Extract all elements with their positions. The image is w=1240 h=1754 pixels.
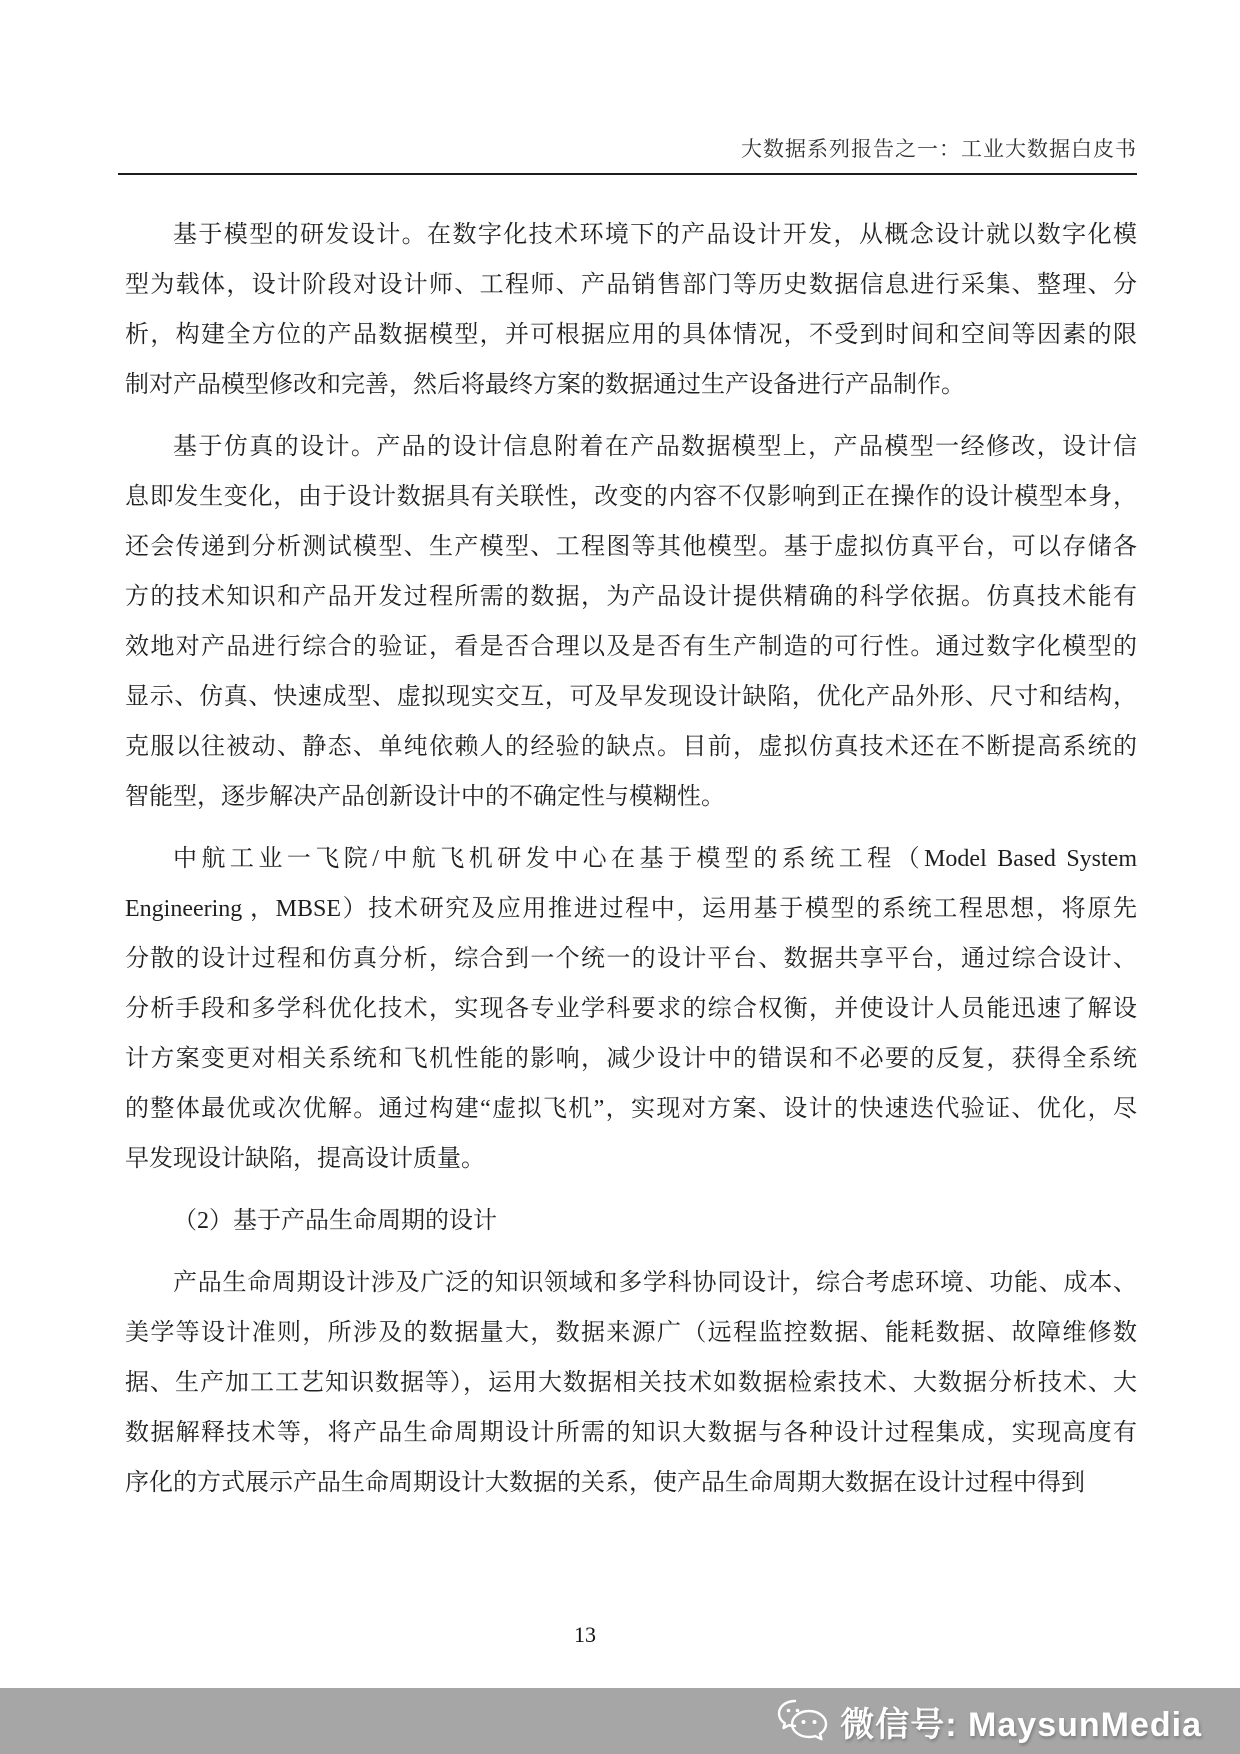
text-line: 显示、仿真、快速成型、虚拟现实交互，可及早发现设计缺陷，优化产品外形、尺寸和结构… bbox=[125, 672, 1137, 722]
text-line: 息即发生变化，由于设计数据具有关联性，改变的内容不仅影响到正在操作的设计模型本身… bbox=[125, 472, 1137, 522]
text-line: 基于仿真的设计。产品的设计信息附着在产品数据模型上，产品模型一经修改，设计信 bbox=[125, 422, 1137, 472]
page-header: 大数据系列报告之一：工业大数据白皮书 bbox=[118, 134, 1137, 175]
footer-bar: 微信号: MaysunMedia bbox=[0, 1688, 1240, 1754]
paragraph: 基于模型的研发设计。在数字化技术环境下的产品设计开发，从概念设计就以数字化模型为… bbox=[125, 210, 1137, 410]
text-line: 的整体最优或次优解。通过构建“虚拟飞机”，实现对方案、设计的快速迭代验证、优化，… bbox=[125, 1084, 1137, 1134]
text-line: 型为载体，设计阶段对设计师、工程师、产品销售部门等历史数据信息进行采集、整理、分 bbox=[125, 260, 1137, 310]
text-line: 智能型，逐步解决产品创新设计中的不确定性与模糊性。 bbox=[125, 772, 1137, 822]
text-line: Engineering ，MBSE）技术研究及应用推进过程中，运用基于模型的系统… bbox=[125, 884, 1137, 934]
text-line: 还会传递到分析测试模型、生产模型、工程图等其他模型。基于虚拟仿真平台，可以存储各 bbox=[125, 522, 1137, 572]
text-line: 制对产品模型修改和完善，然后将最终方案的数据通过生产设备进行产品制作。 bbox=[125, 360, 1137, 410]
text-line: （2）基于产品生命周期的设计 bbox=[125, 1196, 1137, 1246]
paragraph: 中航工业一飞院/中航飞机研发中心在基于模型的系统工程（Model Based S… bbox=[125, 834, 1137, 1184]
paragraph: 产品生命周期设计涉及广泛的知识领域和多学科协同设计，综合考虑环境、功能、成本、美… bbox=[125, 1258, 1137, 1508]
wechat-icon bbox=[774, 1697, 828, 1745]
text-line: 序化的方式展示产品生命周期设计大数据的关系，使产品生命周期大数据在设计过程中得到 bbox=[125, 1458, 1137, 1508]
section-heading: （2）基于产品生命周期的设计 bbox=[125, 1196, 1137, 1246]
text-line: 基于模型的研发设计。在数字化技术环境下的产品设计开发，从概念设计就以数字化模 bbox=[125, 210, 1137, 260]
paragraph: 基于仿真的设计。产品的设计信息附着在产品数据模型上，产品模型一经修改，设计信息即… bbox=[125, 422, 1137, 822]
text-line: 美学等设计准则，所涉及的数据量大，数据来源广（远程监控数据、能耗数据、故障维修数 bbox=[125, 1308, 1137, 1358]
text-line: 计方案变更对相关系统和飞机性能的影响，减少设计中的错误和不必要的反复，获得全系统 bbox=[125, 1034, 1137, 1084]
text-line: 分散的设计过程和仿真分析，综合到一个统一的设计平台、数据共享平台，通过综合设计、 bbox=[125, 934, 1137, 984]
page-number: 13 bbox=[125, 1622, 1137, 1648]
text-line: 数据解释技术等，将产品生命周期设计所需的知识大数据与各种设计过程集成，实现高度有 bbox=[125, 1408, 1137, 1458]
text-line: 分析手段和多学科优化技术，实现各专业学科要求的综合权衡，并使设计人员能迅速了解设 bbox=[125, 984, 1137, 1034]
text-line: 早发现设计缺陷，提高设计质量。 bbox=[125, 1134, 1137, 1184]
text-line: 方的技术知识和产品开发过程所需的数据，为产品设计提供精确的科学依据。仿真技术能有 bbox=[125, 572, 1137, 622]
text-line: 效地对产品进行综合的验证，看是否合理以及是否有生产制造的可行性。通过数字化模型的 bbox=[125, 622, 1137, 672]
text-line: 析，构建全方位的产品数据模型，并可根据应用的具体情况，不受到时间和空间等因素的限 bbox=[125, 310, 1137, 360]
text-line: 据、生产加工工艺知识数据等），运用大数据相关技术如数据检索技术、大数据分析技术、… bbox=[125, 1358, 1137, 1408]
document-page: 大数据系列报告之一：工业大数据白皮书 基于模型的研发设计。在数字化技术环境下的产… bbox=[0, 0, 1240, 1754]
text-line: 中航工业一飞院/中航飞机研发中心在基于模型的系统工程（Model Based S… bbox=[125, 834, 1137, 884]
header-title: 大数据系列报告之一：工业大数据白皮书 bbox=[741, 137, 1137, 161]
wechat-label: 微信号: MaysunMedia bbox=[840, 1697, 1202, 1746]
text-line: 产品生命周期设计涉及广泛的知识领域和多学科协同设计，综合考虑环境、功能、成本、 bbox=[125, 1258, 1137, 1308]
document-body: 基于模型的研发设计。在数字化技术环境下的产品设计开发，从概念设计就以数字化模型为… bbox=[125, 210, 1137, 1508]
text-line: 克服以往被动、静态、单纯依赖人的经验的缺点。目前，虚拟仿真技术还在不断提高系统的 bbox=[125, 722, 1137, 772]
